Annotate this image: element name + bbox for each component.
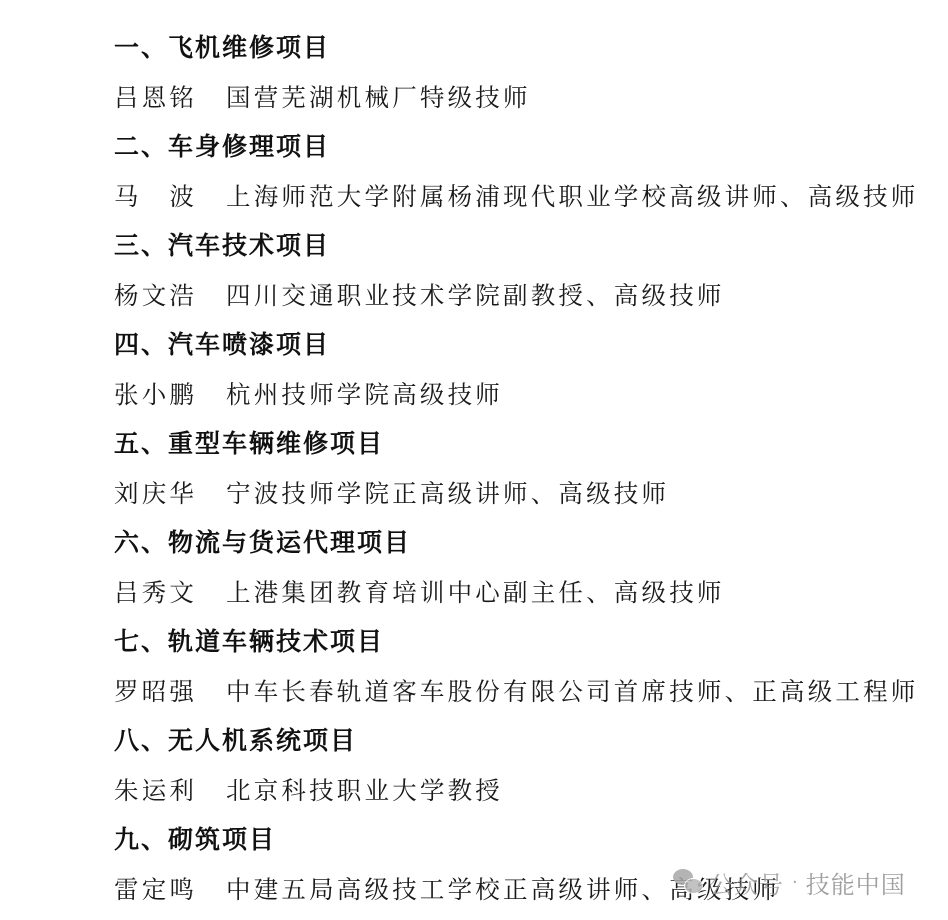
expert-name: 吕恩铭 <box>114 78 226 118</box>
section-heading: 八、无人机系统项目 <box>114 721 934 771</box>
expert-name: 吕秀文 <box>114 573 226 613</box>
section-heading: 七、轨道车辆技术项目 <box>114 622 934 672</box>
expert-name: 刘庆华 <box>114 474 226 514</box>
section-1: 一、飞机维修项目 吕恩铭国营芜湖机械厂特级技师 <box>114 28 934 127</box>
section-9: 九、砌筑项目 雷定鸣中建五局高级技工学校正高级讲师、高级技师 <box>114 820 934 919</box>
expert-entry: 张小鹏杭州技师学院高级技师 <box>114 375 934 425</box>
expert-entry: 马 波上海师范大学附属杨浦现代职业学校高级讲师、高级技师 <box>114 177 934 227</box>
expert-title: 宁波技师学院正高级讲师、高级技师 <box>226 479 669 508</box>
expert-name: 马 波 <box>114 177 226 217</box>
section-heading: 四、汽车喷漆项目 <box>114 325 934 375</box>
expert-entry: 吕恩铭国营芜湖机械厂特级技师 <box>114 78 934 128</box>
expert-entry: 朱运利北京科技职业大学教授 <box>114 771 934 821</box>
expert-name: 雷定鸣 <box>114 870 226 910</box>
section-heading: 五、重型车辆维修项目 <box>114 424 934 474</box>
expert-name: 罗昭强 <box>114 672 226 712</box>
expert-title: 上港集团教育培训中心副主任、高级技师 <box>226 578 725 607</box>
document-body: 一、飞机维修项目 吕恩铭国营芜湖机械厂特级技师 二、车身修理项目 马 波上海师范… <box>114 28 934 919</box>
section-6: 六、物流与货运代理项目 吕秀文上港集团教育培训中心副主任、高级技师 <box>114 523 934 622</box>
expert-entry: 吕秀文上港集团教育培训中心副主任、高级技师 <box>114 573 934 623</box>
expert-title: 上海师范大学附属杨浦现代职业学校高级讲师、高级技师 <box>226 182 919 211</box>
expert-title: 国营芜湖机械厂特级技师 <box>226 83 531 112</box>
section-5: 五、重型车辆维修项目 刘庆华宁波技师学院正高级讲师、高级技师 <box>114 424 934 523</box>
expert-title: 中车长春轨道客车股份有限公司首席技师、正高级工程师 <box>226 677 919 706</box>
section-heading: 三、汽车技术项目 <box>114 226 934 276</box>
expert-entry: 雷定鸣中建五局高级技工学校正高级讲师、高级技师 <box>114 870 934 920</box>
section-heading: 九、砌筑项目 <box>114 820 934 870</box>
section-2: 二、车身修理项目 马 波上海师范大学附属杨浦现代职业学校高级讲师、高级技师 <box>114 127 934 226</box>
expert-name: 杨文浩 <box>114 276 226 316</box>
section-heading: 二、车身修理项目 <box>114 127 934 177</box>
section-heading: 一、飞机维修项目 <box>114 28 934 78</box>
section-8: 八、无人机系统项目 朱运利北京科技职业大学教授 <box>114 721 934 820</box>
expert-name: 张小鹏 <box>114 375 226 415</box>
section-4: 四、汽车喷漆项目 张小鹏杭州技师学院高级技师 <box>114 325 934 424</box>
expert-entry: 杨文浩四川交通职业技术学院副教授、高级技师 <box>114 276 934 326</box>
expert-entry: 刘庆华宁波技师学院正高级讲师、高级技师 <box>114 474 934 524</box>
section-3: 三、汽车技术项目 杨文浩四川交通职业技术学院副教授、高级技师 <box>114 226 934 325</box>
expert-title: 北京科技职业大学教授 <box>226 776 503 805</box>
expert-title: 四川交通职业技术学院副教授、高级技师 <box>226 281 725 310</box>
expert-title: 杭州技师学院高级技师 <box>226 380 503 409</box>
section-7: 七、轨道车辆技术项目 罗昭强中车长春轨道客车股份有限公司首席技师、正高级工程师 <box>114 622 934 721</box>
expert-entry: 罗昭强中车长春轨道客车股份有限公司首席技师、正高级工程师 <box>114 672 934 722</box>
expert-name: 朱运利 <box>114 771 226 811</box>
expert-title: 中建五局高级技工学校正高级讲师、高级技师 <box>226 875 780 904</box>
section-heading: 六、物流与货运代理项目 <box>114 523 934 573</box>
